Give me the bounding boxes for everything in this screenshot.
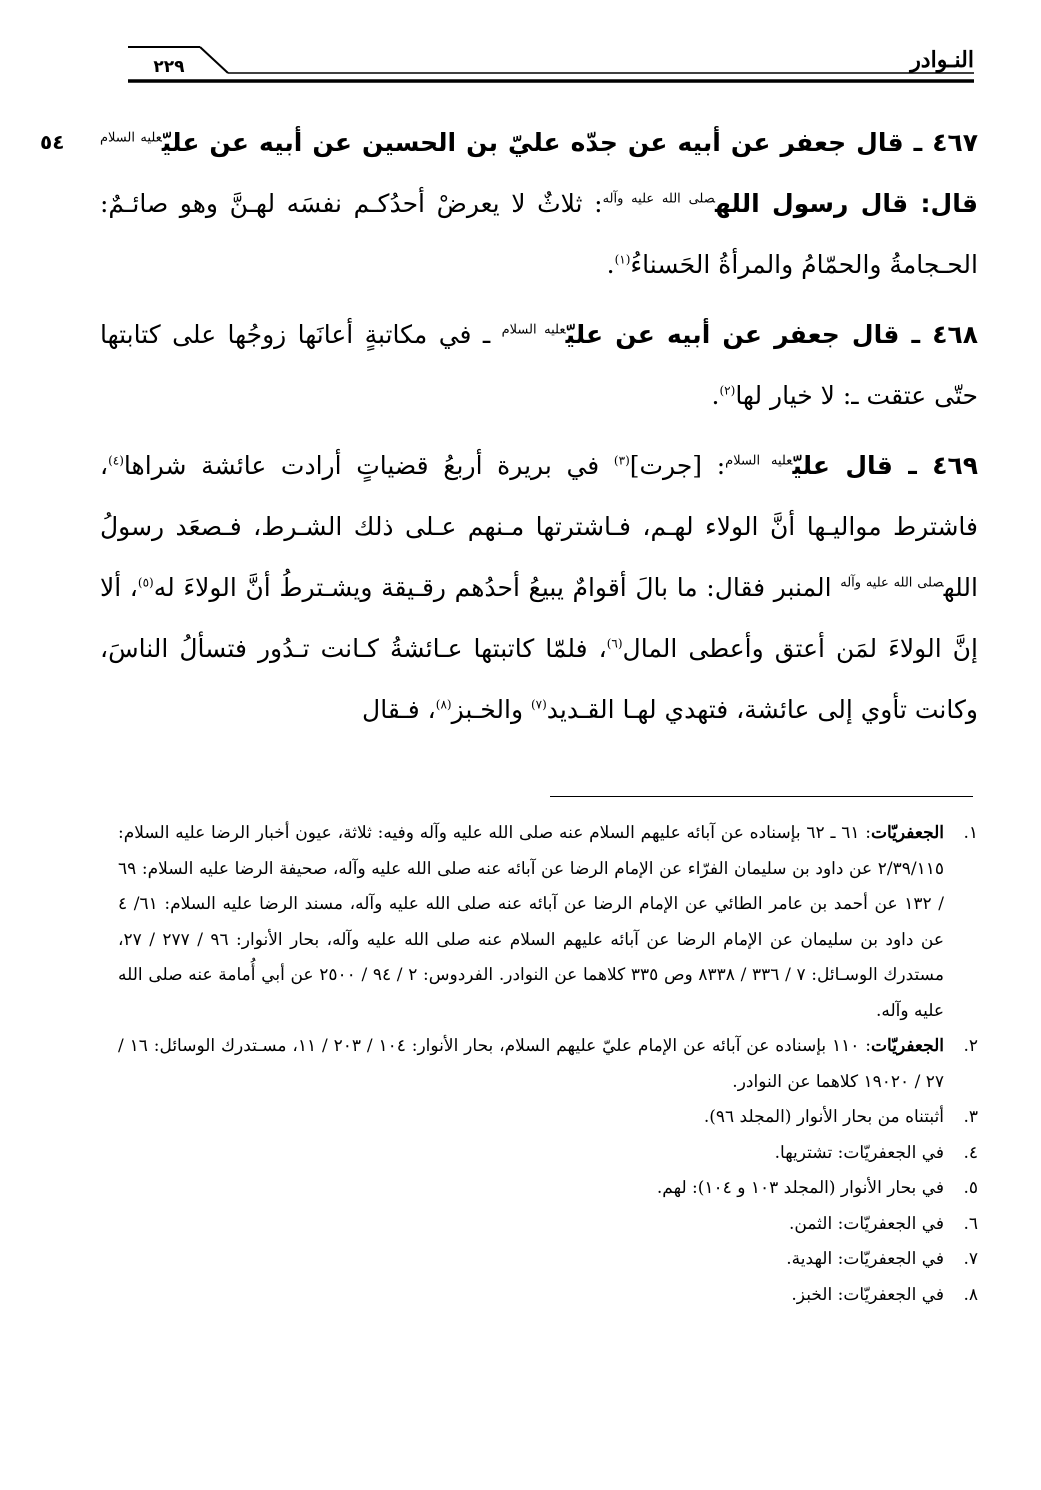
footnote-number: ٢.	[948, 1029, 978, 1065]
footnote-separator	[550, 796, 973, 797]
hadith-text: ، فـقال	[362, 695, 436, 724]
footnote-8: ٨.في الجعفريّات: الخبز.	[118, 1278, 978, 1314]
hadith-text: المنبر فقال: ما بالَ أقوامٌ يبيعُ أحدُهم…	[154, 573, 841, 602]
honorific-glyph-icon: صلى الله عليه وآله	[603, 192, 715, 207]
footnote-source: الجعفريّات	[871, 1036, 944, 1056]
hadith-chain-tail: قال:	[921, 189, 978, 218]
footnote-5: ٥.في بحار الأنوار (المجلد ١٠٣ و ١٠٤): له…	[118, 1171, 978, 1207]
honorific-glyph-icon: عليه السلام	[502, 323, 566, 338]
footnote-ref-1[interactable]: (١)	[615, 253, 631, 267]
footnote-number: ٥.	[948, 1171, 978, 1207]
footnote-text: : ٦١ ـ ٦٢ بإسناده عن آبائه عليهم السلام …	[118, 823, 944, 1021]
footnote-number: ١.	[948, 816, 978, 852]
footnote-text: في بحار الأنوار (المجلد ١٠٣ و ١٠٤): لهم.	[657, 1178, 944, 1198]
footnote-text: في الجعفريّات: الهدية.	[786, 1249, 944, 1269]
running-header: ٢٢٩ النـوادر	[118, 40, 974, 94]
footnote-number: ٧.	[948, 1242, 978, 1278]
footnote-number: ٨.	[948, 1278, 978, 1314]
header-rule-icon	[118, 40, 974, 94]
hadith-469: ٤٦٩ ـ قال عليّعليه السلام: [جرت](٣) في ب…	[100, 435, 978, 740]
footnote-ref-6[interactable]: (٦)	[607, 637, 623, 651]
book-page: ٢٢٩ النـوادر ٥٤ ٤٦٧ ـ قال جعفر عن أبيه ع…	[0, 0, 1041, 1490]
footnote-7: ٧.في الجعفريّات: الهدية.	[118, 1242, 978, 1278]
footnote-ref-2[interactable]: (٢)	[719, 384, 735, 398]
hadith-text: في بريرة أربعُ قضياتٍ أرادت عائشة شراها	[124, 451, 614, 480]
footnote-ref-8[interactable]: (٨)	[436, 698, 452, 712]
hadith-prophet-said: قال رسول الله	[715, 189, 921, 218]
footnote-ref-4[interactable]: (٤)	[108, 454, 124, 468]
footnote-text: : ١١٠ بإسناده عن آبائه عن الإمام عليّ عل…	[118, 1036, 944, 1092]
hadith-chain: ٤٦٧ ـ قال جعفر عن أبيه عن جدّه عليّ بن ا…	[162, 128, 978, 157]
honorific-glyph-icon: عليه السلام	[725, 454, 792, 469]
footnote-number: ٦.	[948, 1207, 978, 1243]
hadith-text: : [جرت]	[630, 451, 725, 480]
footnote-ref-3[interactable]: (٣)	[614, 454, 630, 468]
footnote-ref-7[interactable]: (٧)	[531, 698, 547, 712]
footnote-text: في الجعفريّات: الثمن.	[789, 1214, 944, 1234]
footnote-6: ٦.في الجعفريّات: الثمن.	[118, 1207, 978, 1243]
footnote-text: في الجعفريّات: الخبز.	[791, 1285, 944, 1305]
footnote-4: ٤.في الجعفريّات: تشتريها.	[118, 1136, 978, 1172]
honorific-glyph-icon: عليه السلام	[100, 131, 162, 146]
main-text: ٤٦٧ ـ قال جعفر عن أبيه عن جدّه عليّ بن ا…	[100, 112, 978, 749]
footnote-1: ١.الجعفريّات: ٦١ ـ ٦٢ بإسناده عن آبائه ع…	[118, 816, 978, 1029]
footnotes-list: ١.الجعفريّات: ٦١ ـ ٦٢ بإسناده عن آبائه ع…	[118, 816, 978, 1313]
running-header-title: النـوادر	[910, 46, 974, 74]
hadith-chain: ٤٦٩ ـ قال عليّ	[792, 451, 978, 480]
footnote-2: ٢.الجعفريّات: ١١٠ بإسناده عن آبائه عن ال…	[118, 1029, 978, 1100]
hadith-chain: ٤٦٨ ـ قال جعفر عن أبيه عن عليّ	[566, 320, 978, 349]
hadith-468: ٤٦٨ ـ قال جعفر عن أبيه عن عليّعليه السلا…	[100, 304, 978, 426]
hadith-467: ٤٦٧ ـ قال جعفر عن أبيه عن جدّه عليّ بن ا…	[100, 112, 978, 295]
hadith-text: والخـبز	[452, 695, 531, 724]
footnote-text: في الجعفريّات: تشتريها.	[775, 1143, 944, 1163]
footnote-number: ٣.	[948, 1100, 978, 1136]
punctuation: .	[607, 250, 615, 279]
page-number: ٢٢٩	[134, 56, 204, 78]
footnote-number: ٤.	[948, 1136, 978, 1172]
footnote-ref-5[interactable]: (٥)	[138, 576, 154, 590]
footnote-3: ٣.أثبتناه من بحار الأنوار (المجلد ٩٦).	[118, 1100, 978, 1136]
footnote-text: أثبتناه من بحار الأنوار (المجلد ٩٦).	[704, 1107, 944, 1127]
footnote-source: الجعفريّات	[871, 823, 944, 843]
honorific-glyph-icon: صلى الله عليه وآله	[840, 576, 943, 591]
margin-section-number: ٥٤	[40, 128, 64, 156]
